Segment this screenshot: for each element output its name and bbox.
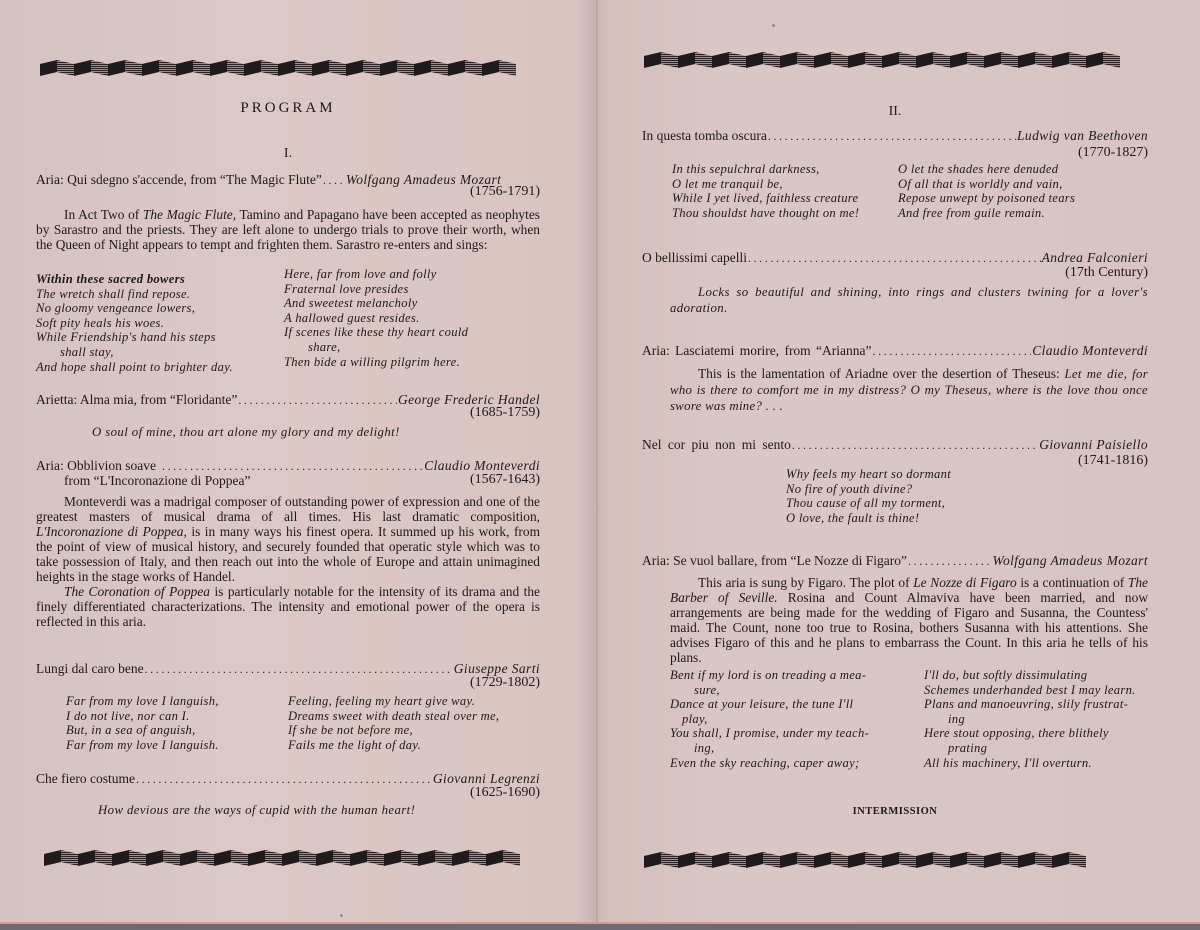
verse: Why feels my heart so dormant No fire of…	[786, 467, 951, 525]
section-number: I.	[36, 146, 540, 162]
program-entry-title: Aria: Lasciatemi morire, from “Arianna” …	[642, 343, 1148, 359]
program-entry-title: Che fiero costume ......................…	[36, 771, 540, 787]
intermission-label: INTERMISSION	[642, 806, 1148, 817]
composer-dates: (17th Century)	[1065, 265, 1148, 281]
verse-right-column: Feeling, feeling my heart give way. Drea…	[288, 694, 499, 752]
composer-name: Giovanni Paisiello	[1039, 437, 1148, 453]
composer-dates: (1625-1690)	[470, 785, 540, 801]
composer-dates: (1567-1643)	[470, 472, 540, 488]
program-entry-title: Nel cor piu non mi sento ...............…	[642, 437, 1148, 453]
composer-dates: (1741-1816)	[1078, 453, 1148, 469]
zigzag-border-bottom	[44, 850, 540, 868]
composer-dates: (1756-1791)	[470, 184, 540, 200]
program-entry-title: O bellissimi capelli ...................…	[642, 250, 1148, 266]
program-booklet-spread: PROGRAM I. Aria: Qui sdegno s'accende, f…	[0, 0, 1200, 924]
zigzag-border-top	[40, 60, 540, 78]
aria-description: Monteverdi was a madrigal composer of ou…	[36, 494, 540, 629]
left-page: PROGRAM I. Aria: Qui sdegno s'accende, f…	[36, 0, 540, 922]
verse-left-column: In this sepulchral darkness, O let me tr…	[672, 162, 859, 220]
right-page: II. In questa tomba oscura .............…	[642, 0, 1148, 922]
verse-right-column: Here, far from love and folly Fraternal …	[284, 267, 468, 369]
verse-left-column: Within these sacred bowers The wretch sh…	[36, 272, 233, 374]
composer-name: Ludwig van Beethoven	[1017, 128, 1148, 144]
program-entry-title: In questa tomba oscura .................…	[642, 128, 1148, 144]
section-number: II.	[642, 104, 1148, 120]
verse-left-column: Bent if my lord is on treading a mea- su…	[670, 668, 869, 770]
paper-speck	[340, 914, 343, 917]
center-fold	[596, 0, 598, 922]
aria-description: This aria is sung by Figaro. The plot of…	[670, 575, 1148, 665]
program-entry-title: Aria: Obblivion soave ..................…	[36, 458, 540, 474]
composer-dates: (1770-1827)	[1078, 145, 1148, 161]
program-entry-title: Aria: Se vuol ballare, from “Le Nozze di…	[642, 553, 1148, 569]
zigzag-border-bottom	[644, 852, 1104, 870]
composer-dates: (1685-1759)	[470, 405, 540, 421]
paper-speck	[772, 24, 775, 27]
verse-left-column: Far from my love I languish, I do not li…	[66, 694, 219, 752]
zigzag-border-top	[644, 52, 1148, 70]
translation: O soul of mine, thou art alone my glory …	[92, 424, 400, 440]
opera-subtitle: from “L'Incoronazione di Poppea”	[64, 473, 250, 489]
composer-name: Claudio Monteverdi	[1032, 343, 1148, 359]
program-entry-title: Aria: Qui sdegno s'accende, from “The Ma…	[36, 172, 540, 188]
composer-name: Andrea Falconieri	[1042, 250, 1148, 266]
composer-dates: (1729-1802)	[470, 675, 540, 691]
aria-description: In Act Two of The Magic Flute, Tamino an…	[36, 207, 540, 252]
page-title: PROGRAM	[36, 100, 540, 117]
program-entry-title: Arietta: Alma mia, from “Floridante” ...…	[36, 392, 540, 408]
program-entry-title: Lungi dal caro bene ....................…	[36, 661, 540, 677]
aria-description: This is the lamentation of Ariadne over …	[670, 366, 1148, 414]
verse-right-column: I'll do, but softly dissimulating Scheme…	[924, 668, 1136, 770]
verse-right-column: O let the shades here denuded Of all tha…	[898, 162, 1075, 220]
translation: Locks so beautiful and shining, into rin…	[670, 284, 1148, 316]
translation: How devious are the ways of cupid with t…	[98, 802, 415, 818]
composer-name: Wolfgang Amadeus Mozart	[993, 553, 1148, 569]
